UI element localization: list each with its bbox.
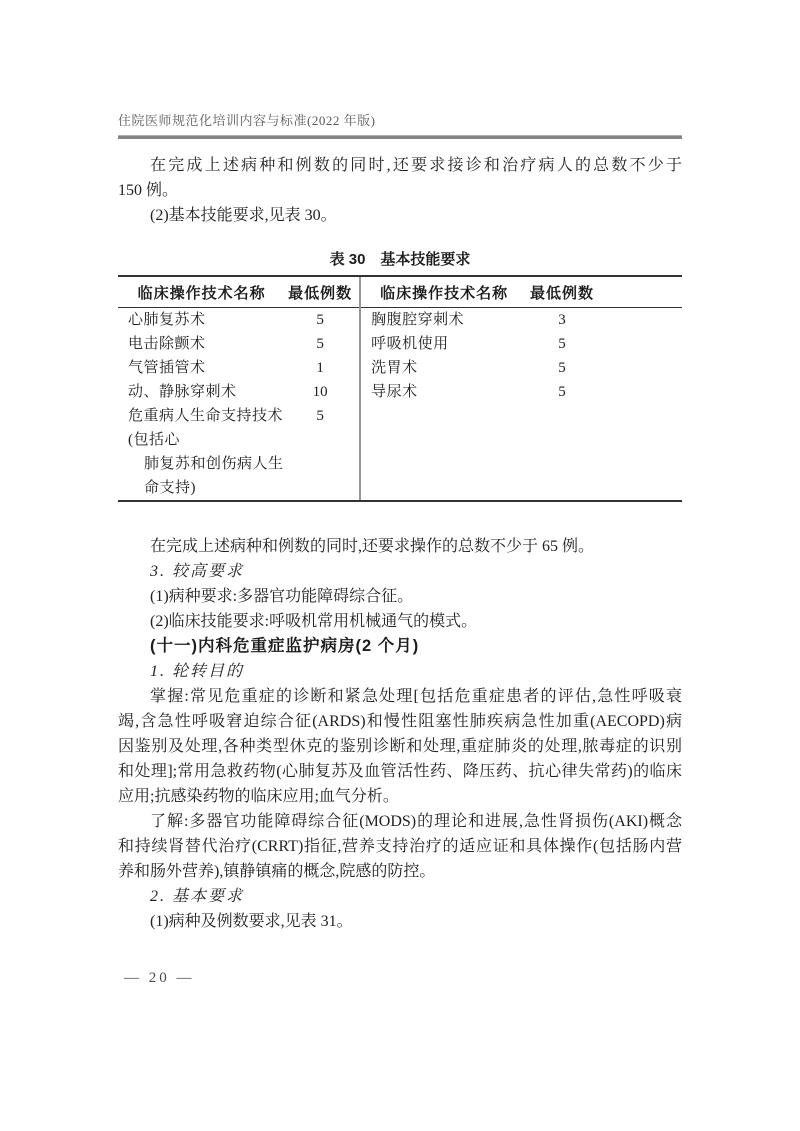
table-row: 危重病人生命支持技术(包括心肺复苏和创伤病人生命支持) 5	[118, 404, 359, 500]
column-header-min-cases: 最低例数	[527, 282, 597, 303]
cell-skill-name: 气管插管术	[118, 356, 285, 380]
running-head-title: 住院医师规范化培训内容与标准(2022 年版)	[118, 112, 682, 130]
table-row: 动、静脉穿刺术 10	[118, 380, 359, 404]
cell-skill-name: 胸腹腔穿刺术	[361, 308, 527, 332]
footer-page-number: — 20 —	[124, 970, 195, 987]
cell-skill-name-line2: 肺复苏和创伤病人生命支持)	[128, 452, 285, 500]
subsection-heading: 2. 基本要求	[118, 884, 682, 909]
paragraph-line: 竭,含急性呼吸窘迫综合征(ARDS)和慢性阻塞性肺疾病急性加重(AECOPD)病	[118, 709, 682, 734]
running-head-rule	[118, 135, 682, 139]
table-30-caption: 表 30 基本技能要求	[118, 250, 682, 270]
table-row: 胸腹腔穿刺术 3	[361, 308, 682, 332]
paragraph-line: (1)病种及例数要求,见表 31。	[118, 909, 682, 934]
paragraph-line: 150 例。	[118, 178, 682, 203]
cell-skill-name: 电击除颤术	[118, 332, 285, 356]
cell-min-cases: 5	[285, 332, 355, 356]
column-header-name: 临床操作技术名称	[361, 282, 527, 303]
intro-paragraphs: 在完成上述病种和例数的同时,还要求接诊和治疗病人的总数不少于 150 例。 (2…	[118, 153, 682, 228]
cell-skill-name-line1: 危重病人生命支持技术(包括心	[128, 408, 283, 448]
paragraph-line: 应用;抗感染药物的临床应用;血气分析。	[118, 784, 682, 809]
table-row: 气管插管术 1	[118, 356, 359, 380]
paragraph-line: 在完成上述病种和例数的同时,还要求接诊和治疗病人的总数不少于	[118, 153, 682, 178]
cell-min-cases: 1	[285, 356, 355, 380]
table-header-row: 临床操作技术名称 最低例数	[118, 277, 359, 308]
column-header-min-cases: 最低例数	[285, 282, 355, 303]
cell-skill-name: 心肺复苏术	[118, 308, 285, 332]
cell-skill-name: 危重病人生命支持技术(包括心肺复苏和创伤病人生命支持)	[118, 404, 285, 500]
table-30: 临床操作技术名称 最低例数 心肺复苏术 5 电击除颤术 5 气管插管术 1 动、…	[118, 275, 682, 502]
cell-min-cases: 5	[527, 356, 597, 380]
cell-min-cases: 3	[527, 308, 597, 332]
cell-skill-name: 导尿术	[361, 380, 527, 404]
paragraph-line: 在完成上述病种和例数的同时,还要求操作的总数不少于 65 例。	[118, 534, 682, 559]
table-row: 电击除颤术 5	[118, 332, 359, 356]
table-30-left-half: 临床操作技术名称 最低例数 心肺复苏术 5 电击除颤术 5 气管插管术 1 动、…	[118, 277, 359, 500]
table-row: 洗胃术 5	[361, 356, 682, 380]
paragraph-line: (1)病种要求:多器官功能障碍综合征。	[118, 584, 682, 609]
cell-skill-name: 洗胃术	[361, 356, 527, 380]
body-paragraphs: 在完成上述病种和例数的同时,还要求操作的总数不少于 65 例。 3. 较高要求 …	[118, 534, 682, 934]
paragraph-line: 和持续肾替代治疗(CRRT)指征,营养支持治疗的适应证和具体操作(包括肠内营	[118, 834, 682, 859]
subsection-heading: 1. 轮转目的	[118, 659, 682, 684]
table-30-right-half: 临床操作技术名称 最低例数 胸腹腔穿刺术 3 呼吸机使用 5 洗胃术 5 导尿术	[359, 277, 682, 500]
cell-min-cases: 5	[527, 332, 597, 356]
cell-min-cases: 10	[285, 380, 355, 404]
paragraph-line: 和处理];常用急救药物(心肺复苏及血管活性药、降压药、抗心律失常药)的临床	[118, 759, 682, 784]
paragraph-line: 了解:多器官功能障碍综合征(MODS)的理论和进展,急性肾损伤(AKI)概念	[118, 809, 682, 834]
paragraph-line: 养和肠外营养),镇静镇痛的概念,院感的防控。	[118, 859, 682, 884]
paragraph-line: (2)基本技能要求,见表 30。	[118, 203, 682, 228]
table-header-row: 临床操作技术名称 最低例数	[361, 277, 682, 308]
table-row: 呼吸机使用 5	[361, 332, 682, 356]
subsection-heading: 3. 较高要求	[118, 559, 682, 584]
paragraph-line: 掌握:常见危重症的诊断和紧急处理[包括危重症患者的评估,急性呼吸衰	[118, 684, 682, 709]
cell-min-cases: 5	[527, 380, 597, 404]
page-content: 住院医师规范化培训内容与标准(2022 年版) 在完成上述病种和例数的同时,还要…	[118, 112, 682, 934]
paragraph-line: 因鉴别及处理,各种类型休克的鉴别诊断和处理,重症肺炎的处理,脓毒症的识别	[118, 734, 682, 759]
table-row: 心肺复苏术 5	[118, 308, 359, 332]
cell-min-cases: 5	[285, 404, 355, 428]
cell-skill-name: 呼吸机使用	[361, 332, 527, 356]
cell-skill-name: 动、静脉穿刺术	[118, 380, 285, 404]
table-row: 导尿术 5	[361, 380, 682, 404]
section-heading: (十一)内科危重症监护病房(2 个月)	[118, 634, 682, 659]
paragraph-line: (2)临床技能要求:呼吸机常用机械通气的模式。	[118, 609, 682, 634]
cell-min-cases: 5	[285, 308, 355, 332]
column-header-name: 临床操作技术名称	[118, 282, 285, 303]
document-page: 住院医师规范化培训内容与标准(2022 年版) 在完成上述病种和例数的同时,还要…	[0, 0, 800, 1131]
